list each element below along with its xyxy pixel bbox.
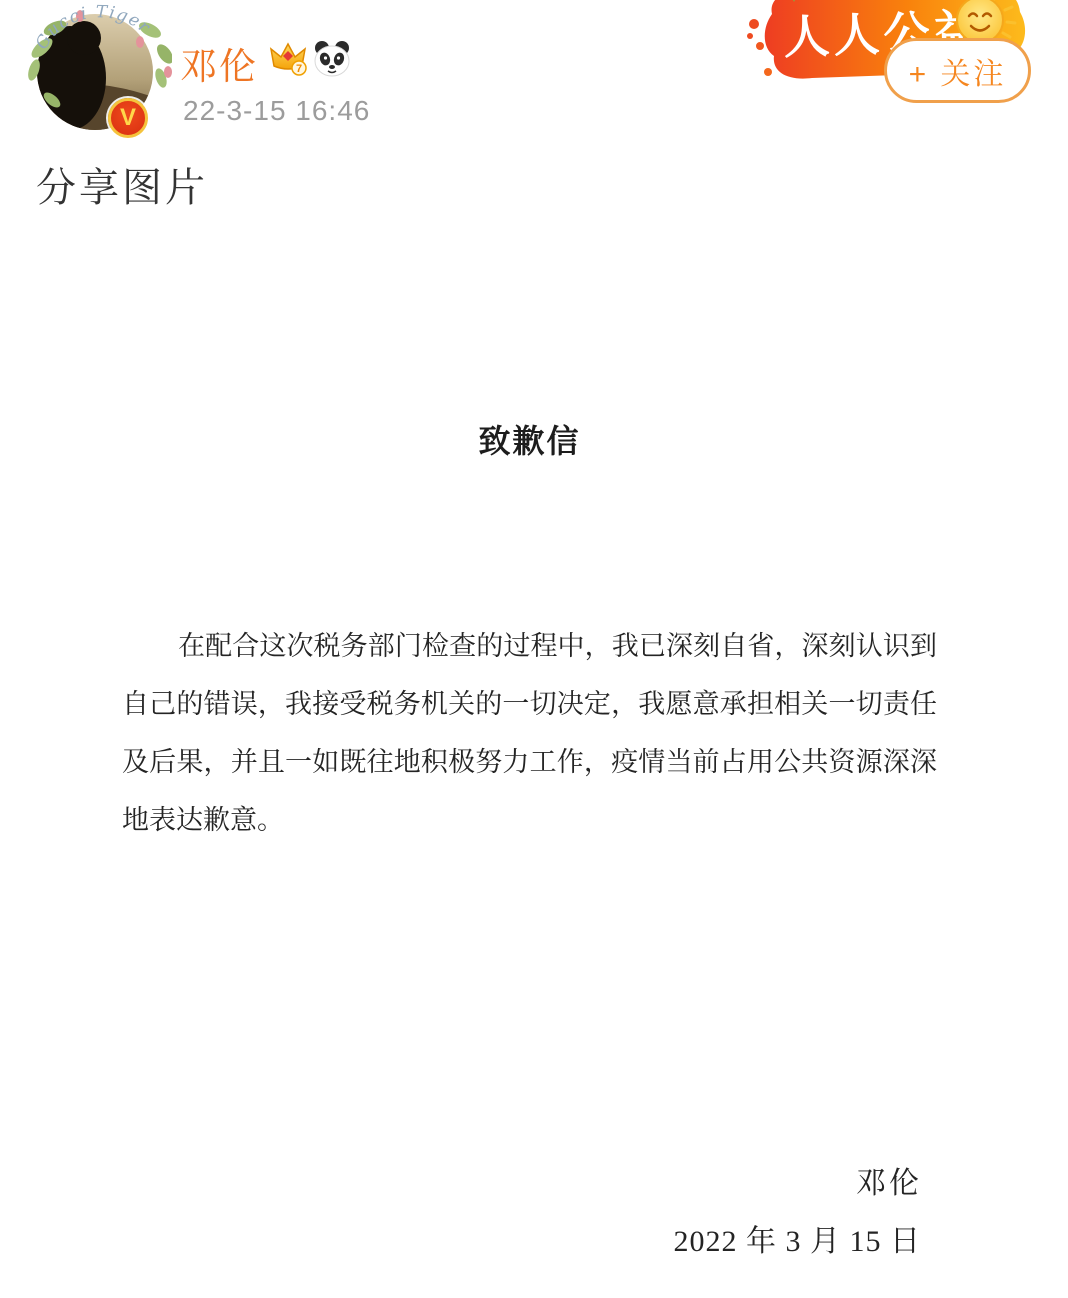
weibo-post: Gucci Tiger V 邓伦 7 22-3-15 16:46 (0, 0, 1068, 1298)
verified-v-badge: V (108, 98, 148, 138)
follow-button[interactable]: + 关注 (884, 38, 1031, 103)
avatar[interactable]: Gucci Tiger (22, 0, 172, 140)
letter-title: 致歉信 (122, 416, 937, 462)
letter-date: 2022 年 3 月 15 日 (122, 1216, 937, 1260)
letter-line: 自己的错误，我接受税务机关的一切决定，我愿意承担相关一切责任 (122, 675, 937, 733)
vip-level: 7 (296, 63, 302, 75)
timestamp: 22-3-15 16:46 (183, 95, 370, 127)
letter-line: 在配合这次税务部门检查的过程中，我已深刻自省，深刻认识到 (122, 617, 937, 675)
letter-line: 地表达歉意。 (122, 791, 937, 849)
post-content: 分享图片 (36, 156, 208, 213)
panda-face-icon (312, 40, 352, 78)
letter-line: 及后果，并且一如既往地积极努力工作，疫情当前占用公共资源深深 (122, 733, 937, 791)
username[interactable]: 邓伦 (180, 36, 258, 90)
letter-image[interactable]: 致歉信 在配合这次税务部门检查的过程中，我已深刻自省，深刻认识到 自己的错误，我… (0, 230, 1068, 1298)
letter-signature: 邓伦 (122, 1158, 937, 1202)
vip-crown-icon[interactable]: 7 (268, 40, 308, 78)
avatar-photo: Gucci Tiger (22, 0, 172, 140)
letter-body: 在配合这次税务部门检查的过程中，我已深刻自省，深刻认识到 自己的错误，我接受税务… (122, 617, 937, 849)
